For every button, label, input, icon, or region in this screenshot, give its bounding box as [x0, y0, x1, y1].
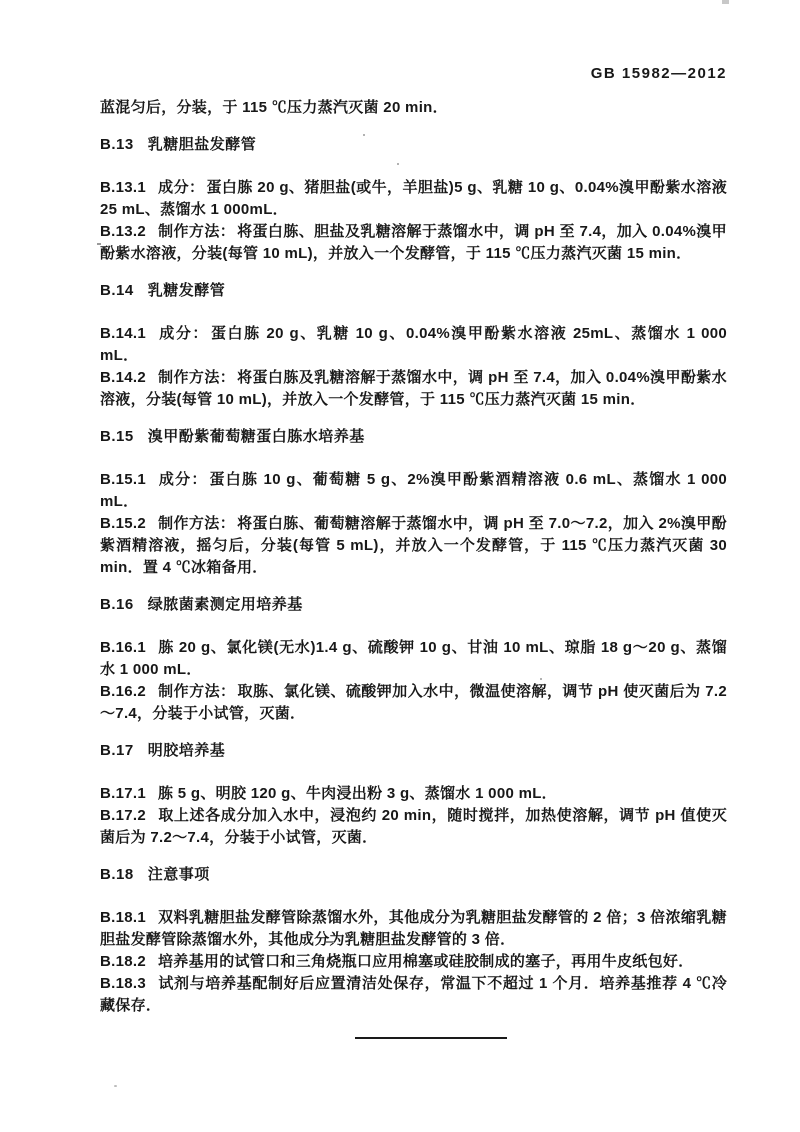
- section-title: 乳糖发酵管: [148, 282, 226, 299]
- clause-id: B.18.3: [100, 975, 146, 992]
- section: B.13乳糖胆盐发酵管B.13.1成分：蛋白胨 20 g、猪胆盐(或牛，羊胆盐)…: [100, 134, 727, 265]
- intro-paragraph: 蓝混匀后，分装，于 115 ℃压力蒸汽灭菌 20 min．: [100, 97, 727, 119]
- clause-paragraph: B.13.1成分：蛋白胨 20 g、猪胆盐(或牛，羊胆盐)5 g、乳糖 10 g…: [100, 177, 727, 221]
- clause-text: 试剂与培养基配制好后应置清洁处保存，常温下不超过 1 个月．培养基推荐 4 ℃冷…: [100, 975, 727, 1014]
- clause-id: B.14.2: [100, 369, 146, 386]
- clause-label: 成分：: [158, 471, 208, 488]
- document-page: GB 15982—2012 蓝混匀后，分装，于 115 ℃压力蒸汽灭菌 20 m…: [0, 0, 800, 1132]
- clause-paragraph: B.16.1胨 20 g、氯化镁(无水)1.4 g、硫酸钾 10 g、甘油 10…: [100, 637, 727, 681]
- clause-id: B.17.2: [100, 807, 146, 824]
- section-title: 注意事项: [148, 866, 210, 883]
- clause-id: B.18.2: [100, 953, 146, 970]
- clause-text: 胨 5 g、明胶 120 g、牛肉浸出粉 3 g、蒸馏水 1 000 mL．: [158, 785, 557, 802]
- clause-id: B.15.2: [100, 515, 146, 532]
- clause-paragraph: B.18.3试剂与培养基配制好后应置清洁处保存，常温下不超过 1 个月．培养基推…: [100, 973, 727, 1017]
- clause-paragraph: B.15.1成分：蛋白胨 10 g、葡萄糖 5 g、2%溴甲酚紫酒精溶液 0.6…: [100, 469, 727, 513]
- clause-text: 取上述各成分加入水中，浸泡约 20 min，随时搅拌，加热使溶解，调节 pH 值…: [100, 807, 727, 846]
- clause-paragraph: B.15.2制作方法：将蛋白胨、葡萄糖溶解于蒸馏水中，调 pH 至 7.0～7.…: [100, 513, 727, 579]
- clause-paragraph: B.18.2培养基用的试管口和三角烧瓶口应用棉塞或硅胶制成的塞子，再用牛皮纸包好…: [100, 951, 727, 973]
- scan-speck: [540, 678, 542, 680]
- scan-speck: [114, 1085, 117, 1087]
- section-heading: B.16绿脓菌素测定用培养基: [100, 594, 727, 616]
- clause-paragraph: B.13.2制作方法：将蛋白胨、胆盐及乳糖溶解于蒸馏水中，调 pH 至 7.4，…: [100, 221, 727, 265]
- clause-label: 制作方法：: [158, 683, 236, 700]
- section-id: B.15: [100, 428, 134, 445]
- clause-id: B.18.1: [100, 909, 146, 926]
- scan-speck: [97, 243, 101, 245]
- clause-paragraph: B.14.2制作方法：将蛋白胨及乳糖溶解于蒸馏水中，调 pH 至 7.4，加入 …: [100, 367, 727, 411]
- clause-id: B.15.1: [100, 471, 146, 488]
- sections-container: B.13乳糖胆盐发酵管B.13.1成分：蛋白胨 20 g、猪胆盐(或牛，羊胆盐)…: [100, 134, 727, 1017]
- clause-id: B.17.1: [100, 785, 146, 802]
- section-id: B.16: [100, 596, 134, 613]
- section: B.16绿脓菌素测定用培养基B.16.1胨 20 g、氯化镁(无水)1.4 g、…: [100, 594, 727, 725]
- clause-paragraph: B.18.1双料乳糖胆盐发酵管除蒸馏水外，其他成分为乳糖胆盐发酵管的 2 倍；3…: [100, 907, 727, 951]
- clause-label: 成分：: [158, 325, 209, 342]
- clause-label: 制作方法：: [158, 369, 235, 386]
- document-body: 蓝混匀后，分装，于 115 ℃压力蒸汽灭菌 20 min． B.13乳糖胆盐发酵…: [100, 97, 727, 1039]
- clause-id: B.16.2: [100, 683, 146, 700]
- scan-speck: [722, 0, 729, 4]
- section-heading: B.17明胶培养基: [100, 740, 727, 762]
- clause-id: B.13.1: [100, 179, 146, 196]
- section: B.15溴甲酚紫葡萄糖蛋白胨水培养基B.15.1成分：蛋白胨 10 g、葡萄糖 …: [100, 426, 727, 579]
- section-id: B.18: [100, 866, 134, 883]
- section: B.18注意事项B.18.1双料乳糖胆盐发酵管除蒸馏水外，其他成分为乳糖胆盐发酵…: [100, 864, 727, 1017]
- scan-speck: [363, 134, 365, 136]
- section-heading: B.18注意事项: [100, 864, 727, 886]
- section-heading: B.15溴甲酚紫葡萄糖蛋白胨水培养基: [100, 426, 727, 448]
- clause-paragraph: B.17.2取上述各成分加入水中，浸泡约 20 min，随时搅拌，加热使溶解，调…: [100, 805, 727, 849]
- clause-id: B.16.1: [100, 639, 146, 656]
- section-id: B.17: [100, 742, 134, 759]
- section-title: 绿脓菌素测定用培养基: [148, 596, 303, 613]
- scan-speck: [397, 163, 399, 165]
- clause-text: 培养基用的试管口和三角烧瓶口应用棉塞或硅胶制成的塞子，再用牛皮纸包好．: [158, 953, 694, 970]
- section-title: 溴甲酚紫葡萄糖蛋白胨水培养基: [148, 428, 365, 445]
- clause-paragraph: B.17.1胨 5 g、明胶 120 g、牛肉浸出粉 3 g、蒸馏水 1 000…: [100, 783, 727, 805]
- clause-paragraph: B.14.1成分：蛋白胨 20 g、乳糖 10 g、0.04%溴甲酚紫水溶液 2…: [100, 323, 727, 367]
- clause-id: B.14.1: [100, 325, 146, 342]
- section-id: B.14: [100, 282, 134, 299]
- clause-text: 胨 20 g、氯化镁(无水)1.4 g、硫酸钾 10 g、甘油 10 mL、琼脂…: [100, 639, 727, 678]
- section-id: B.13: [100, 136, 134, 153]
- section: B.14乳糖发酵管B.14.1成分：蛋白胨 20 g、乳糖 10 g、0.04%…: [100, 280, 727, 411]
- section-heading: B.13乳糖胆盐发酵管: [100, 134, 727, 156]
- section-heading: B.14乳糖发酵管: [100, 280, 727, 302]
- clause-label: 制作方法：: [158, 223, 235, 240]
- clause-paragraph: B.16.2制作方法：取胨、氯化镁、硫酸钾加入水中，微温使溶解，调节 pH 使灭…: [100, 681, 727, 725]
- clause-label: 成分：: [158, 179, 204, 196]
- clause-id: B.13.2: [100, 223, 146, 240]
- standard-number: GB 15982—2012: [0, 0, 727, 85]
- clause-text: 双料乳糖胆盐发酵管除蒸馏水外，其他成分为乳糖胆盐发酵管的 2 倍；3 倍浓缩乳糖…: [100, 909, 727, 948]
- end-of-text-rule: [355, 1037, 507, 1039]
- clause-label: 制作方法：: [158, 515, 235, 532]
- section-title: 乳糖胆盐发酵管: [148, 136, 257, 153]
- scan-speck: [326, 941, 334, 943]
- section-title: 明胶培养基: [148, 742, 226, 759]
- section: B.17明胶培养基B.17.1胨 5 g、明胶 120 g、牛肉浸出粉 3 g、…: [100, 740, 727, 849]
